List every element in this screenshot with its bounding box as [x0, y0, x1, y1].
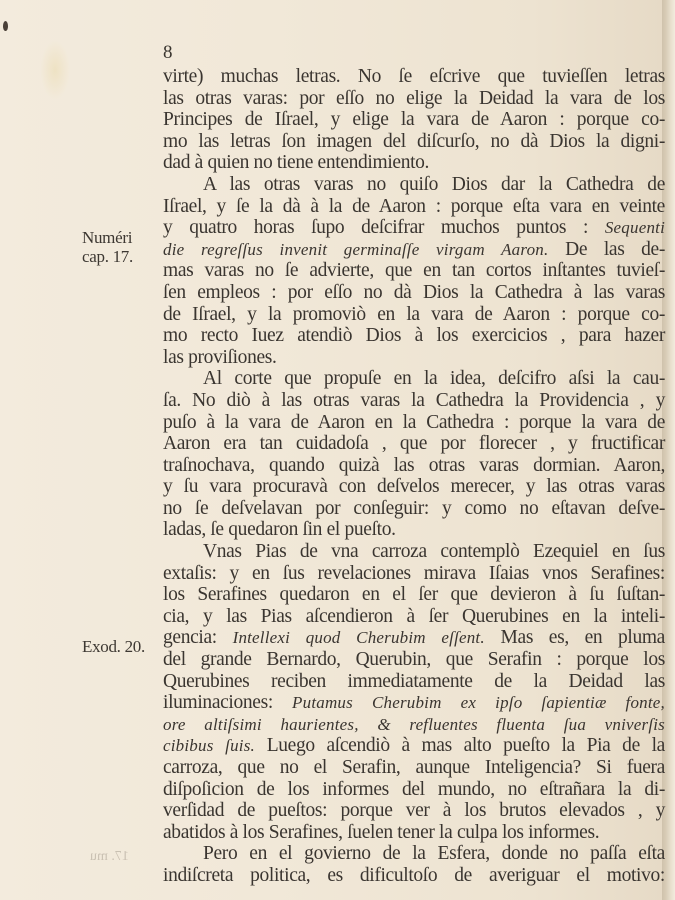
text-span: diſpoſicion de los informes del mundo, n…	[163, 779, 665, 800]
text-span: Al corte que propuſe en la idea, deſcifr…	[203, 368, 665, 389]
text-span: De las de-	[548, 239, 665, 260]
body-text: virte) muchas letras. No ſe eſcrive que …	[163, 66, 665, 887]
text-span: puſo à la vara de Aaron en la Cathedra :…	[163, 412, 665, 433]
text-span: mas varas no ſe advierte, que en tan cor…	[163, 260, 665, 281]
text-span: las otras varas: por eſſo no elige la De…	[163, 88, 665, 109]
text-line: gencia: Intellexi quod Cherubim eſſent. …	[163, 627, 665, 649]
text-line: mo recto Iuez atendiò Dios à los exercic…	[163, 325, 665, 347]
text-span: de Iſrael, y la promoviò en la vara de A…	[163, 304, 665, 325]
text-span: iluminaciones:	[163, 692, 292, 713]
text-line: las proviſiones.	[163, 347, 665, 369]
text-span: Mas es, en pluma	[485, 627, 665, 648]
text-span: y quatro horas ſupo deſcifrar muchos pun…	[163, 217, 605, 238]
text-line: abatidos à los Serafines, ſuelen tener l…	[163, 822, 665, 844]
text-line: die regreſſus invenit germinaſſe virgam …	[163, 239, 665, 261]
text-line: no ſe deſvelavan por conſeguir: y como n…	[163, 498, 665, 520]
text-line: ſen empleos : por eſſo no dà Dios la Cat…	[163, 282, 665, 304]
text-line: mas varas no ſe advierte, que en tan cor…	[163, 260, 665, 282]
text-span: extaſis: y en ſus revelaciones mirava Iſ…	[163, 563, 665, 584]
text-line: Principes de Iſrael, y elige la vara de …	[163, 109, 665, 131]
text-line: mo las letras ſon imagen del diſcurſo, n…	[163, 131, 665, 153]
text-line: ore altiſsimi haurientes, & refluentes f…	[163, 714, 665, 736]
text-line: dad à quien no tiene entendimiento.	[163, 152, 665, 174]
text-span: mo las letras ſon imagen del diſcurſo, n…	[163, 131, 665, 152]
text-line: puſo à la vara de Aaron en la Cathedra :…	[163, 412, 665, 434]
text-span: del grande Bernardo, Querubin, que Seraf…	[163, 649, 665, 670]
text-span: ladas, ſe quedaron ſin el pueſto.	[163, 519, 396, 540]
text-line: las otras varas: por eſſo no elige la De…	[163, 88, 665, 110]
text-span: Vnas Pias de vna carroza contemplò Ezequ…	[203, 541, 665, 562]
text-span: virte) muchas letras. No ſe eſcrive que …	[163, 66, 665, 87]
text-line: Pero en el govierno de la Esfera, donde …	[163, 843, 665, 865]
text-span: indiſcreta politica, es dificultoſo de a…	[163, 865, 665, 886]
text-line: traſnochava, quando quizà las otras vara…	[163, 455, 665, 477]
ink-blot	[3, 21, 8, 31]
text-line: ladas, ſe quedaron ſin el pueſto.	[163, 519, 665, 541]
text-span: no ſe deſvelavan por conſeguir: y como n…	[163, 498, 665, 519]
paper-stain	[40, 40, 70, 100]
margin-note-line: Numéri	[82, 228, 133, 248]
margin-note-line: cap. 17.	[82, 247, 133, 267]
margin-note-numeri: Numéri cap. 17.	[82, 228, 133, 267]
text-line: extaſis: y en ſus revelaciones mirava Iſ…	[163, 563, 665, 585]
text-line: del grande Bernardo, Querubin, que Seraf…	[163, 649, 665, 671]
latin-quotation: Putamus Cherubim ex ipſo ſapientiæ fonte…	[292, 693, 665, 712]
text-span: ſen empleos : por eſſo no dà Dios la Cat…	[163, 282, 665, 303]
text-span: Querubines reciben immediatamente de la …	[163, 671, 665, 692]
text-span: ſa. No diò à las otras varas la Cathedra…	[163, 390, 665, 411]
text-span: las proviſiones.	[163, 347, 277, 368]
latin-quotation: Intellexi quod Cherubim eſſent.	[233, 628, 485, 647]
text-span: Iſrael, y ſe la dà à la de Aaron : porqu…	[163, 196, 665, 217]
text-span: traſnochava, quando quizà las otras vara…	[163, 455, 665, 476]
text-line: y ſu vara procuravà con deſvelos merecer…	[163, 476, 665, 498]
text-span: los Serafines quedaron en el ſer que dev…	[163, 584, 665, 605]
text-line: Aaron era tan cuidadoſa , que por florec…	[163, 433, 665, 455]
text-span: mo recto Iuez atendiò Dios à los exercic…	[163, 325, 665, 346]
text-span: A las otras varas no quiſo Dios dar la C…	[203, 174, 665, 195]
margin-note-line: Exod. 20.	[82, 637, 145, 657]
text-span: dad à quien no tiene entendimiento.	[163, 152, 429, 173]
latin-quotation: cibibus ſuis.	[163, 736, 255, 755]
latin-quotation: Sequenti	[605, 218, 665, 237]
page-number: 8	[163, 42, 173, 64]
text-line: de Iſrael, y la promoviò en la vara de A…	[163, 304, 665, 326]
text-line: verſidad de pueſtos: porque ver à los br…	[163, 800, 665, 822]
text-line: diſpoſicion de los informes del mundo, n…	[163, 779, 665, 801]
text-span: cia, y las Pias aſcendieron à ſer Querub…	[163, 606, 665, 627]
text-line: Querubines reciben immediatamente de la …	[163, 671, 665, 693]
text-line: Al corte que propuſe en la idea, deſcifr…	[163, 368, 665, 390]
text-line: ſa. No diò à las otras varas la Cathedra…	[163, 390, 665, 412]
show-through-text: 17. mu	[90, 849, 129, 865]
text-line: y quatro horas ſupo deſcifrar muchos pun…	[163, 217, 665, 239]
latin-quotation: die regreſſus invenit germinaſſe virgam …	[163, 240, 548, 259]
text-line: indiſcreta politica, es dificultoſo de a…	[163, 865, 665, 887]
text-line: cia, y las Pias aſcendieron à ſer Querub…	[163, 606, 665, 628]
text-line: cibibus ſuis. Luego aſcendiò à mas alto …	[163, 735, 665, 757]
text-span: Luego aſcendiò à mas alto pueſto la Pia …	[255, 735, 665, 756]
text-span: Pero en el govierno de la Esfera, donde …	[203, 843, 665, 864]
text-line: carroza, que no el Serafin, aunque Intel…	[163, 757, 665, 779]
text-line: los Serafines quedaron en el ſer que dev…	[163, 584, 665, 606]
text-line: A las otras varas no quiſo Dios dar la C…	[163, 174, 665, 196]
text-span: verſidad de pueſtos: porque ver à los br…	[163, 800, 665, 821]
text-span: abatidos à los Serafines, ſuelen tener l…	[163, 822, 599, 843]
text-span: y ſu vara procuravà con deſvelos merecer…	[163, 476, 665, 497]
text-line: Iſrael, y ſe la dà à la de Aaron : porqu…	[163, 196, 665, 218]
text-span: Aaron era tan cuidadoſa , que por florec…	[163, 433, 665, 454]
text-span: Principes de Iſrael, y elige la vara de …	[163, 109, 665, 130]
text-span: carroza, que no el Serafin, aunque Intel…	[163, 757, 665, 778]
text-span: gencia:	[163, 627, 233, 648]
text-line: iluminaciones: Putamus Cherubim ex ipſo …	[163, 692, 665, 714]
text-line: virte) muchas letras. No ſe eſcrive que …	[163, 66, 665, 88]
latin-quotation: ore altiſsimi haurientes, & refluentes f…	[163, 715, 665, 734]
margin-note-exodus: Exod. 20.	[82, 637, 145, 657]
text-line: Vnas Pias de vna carroza contemplò Ezequ…	[163, 541, 665, 563]
